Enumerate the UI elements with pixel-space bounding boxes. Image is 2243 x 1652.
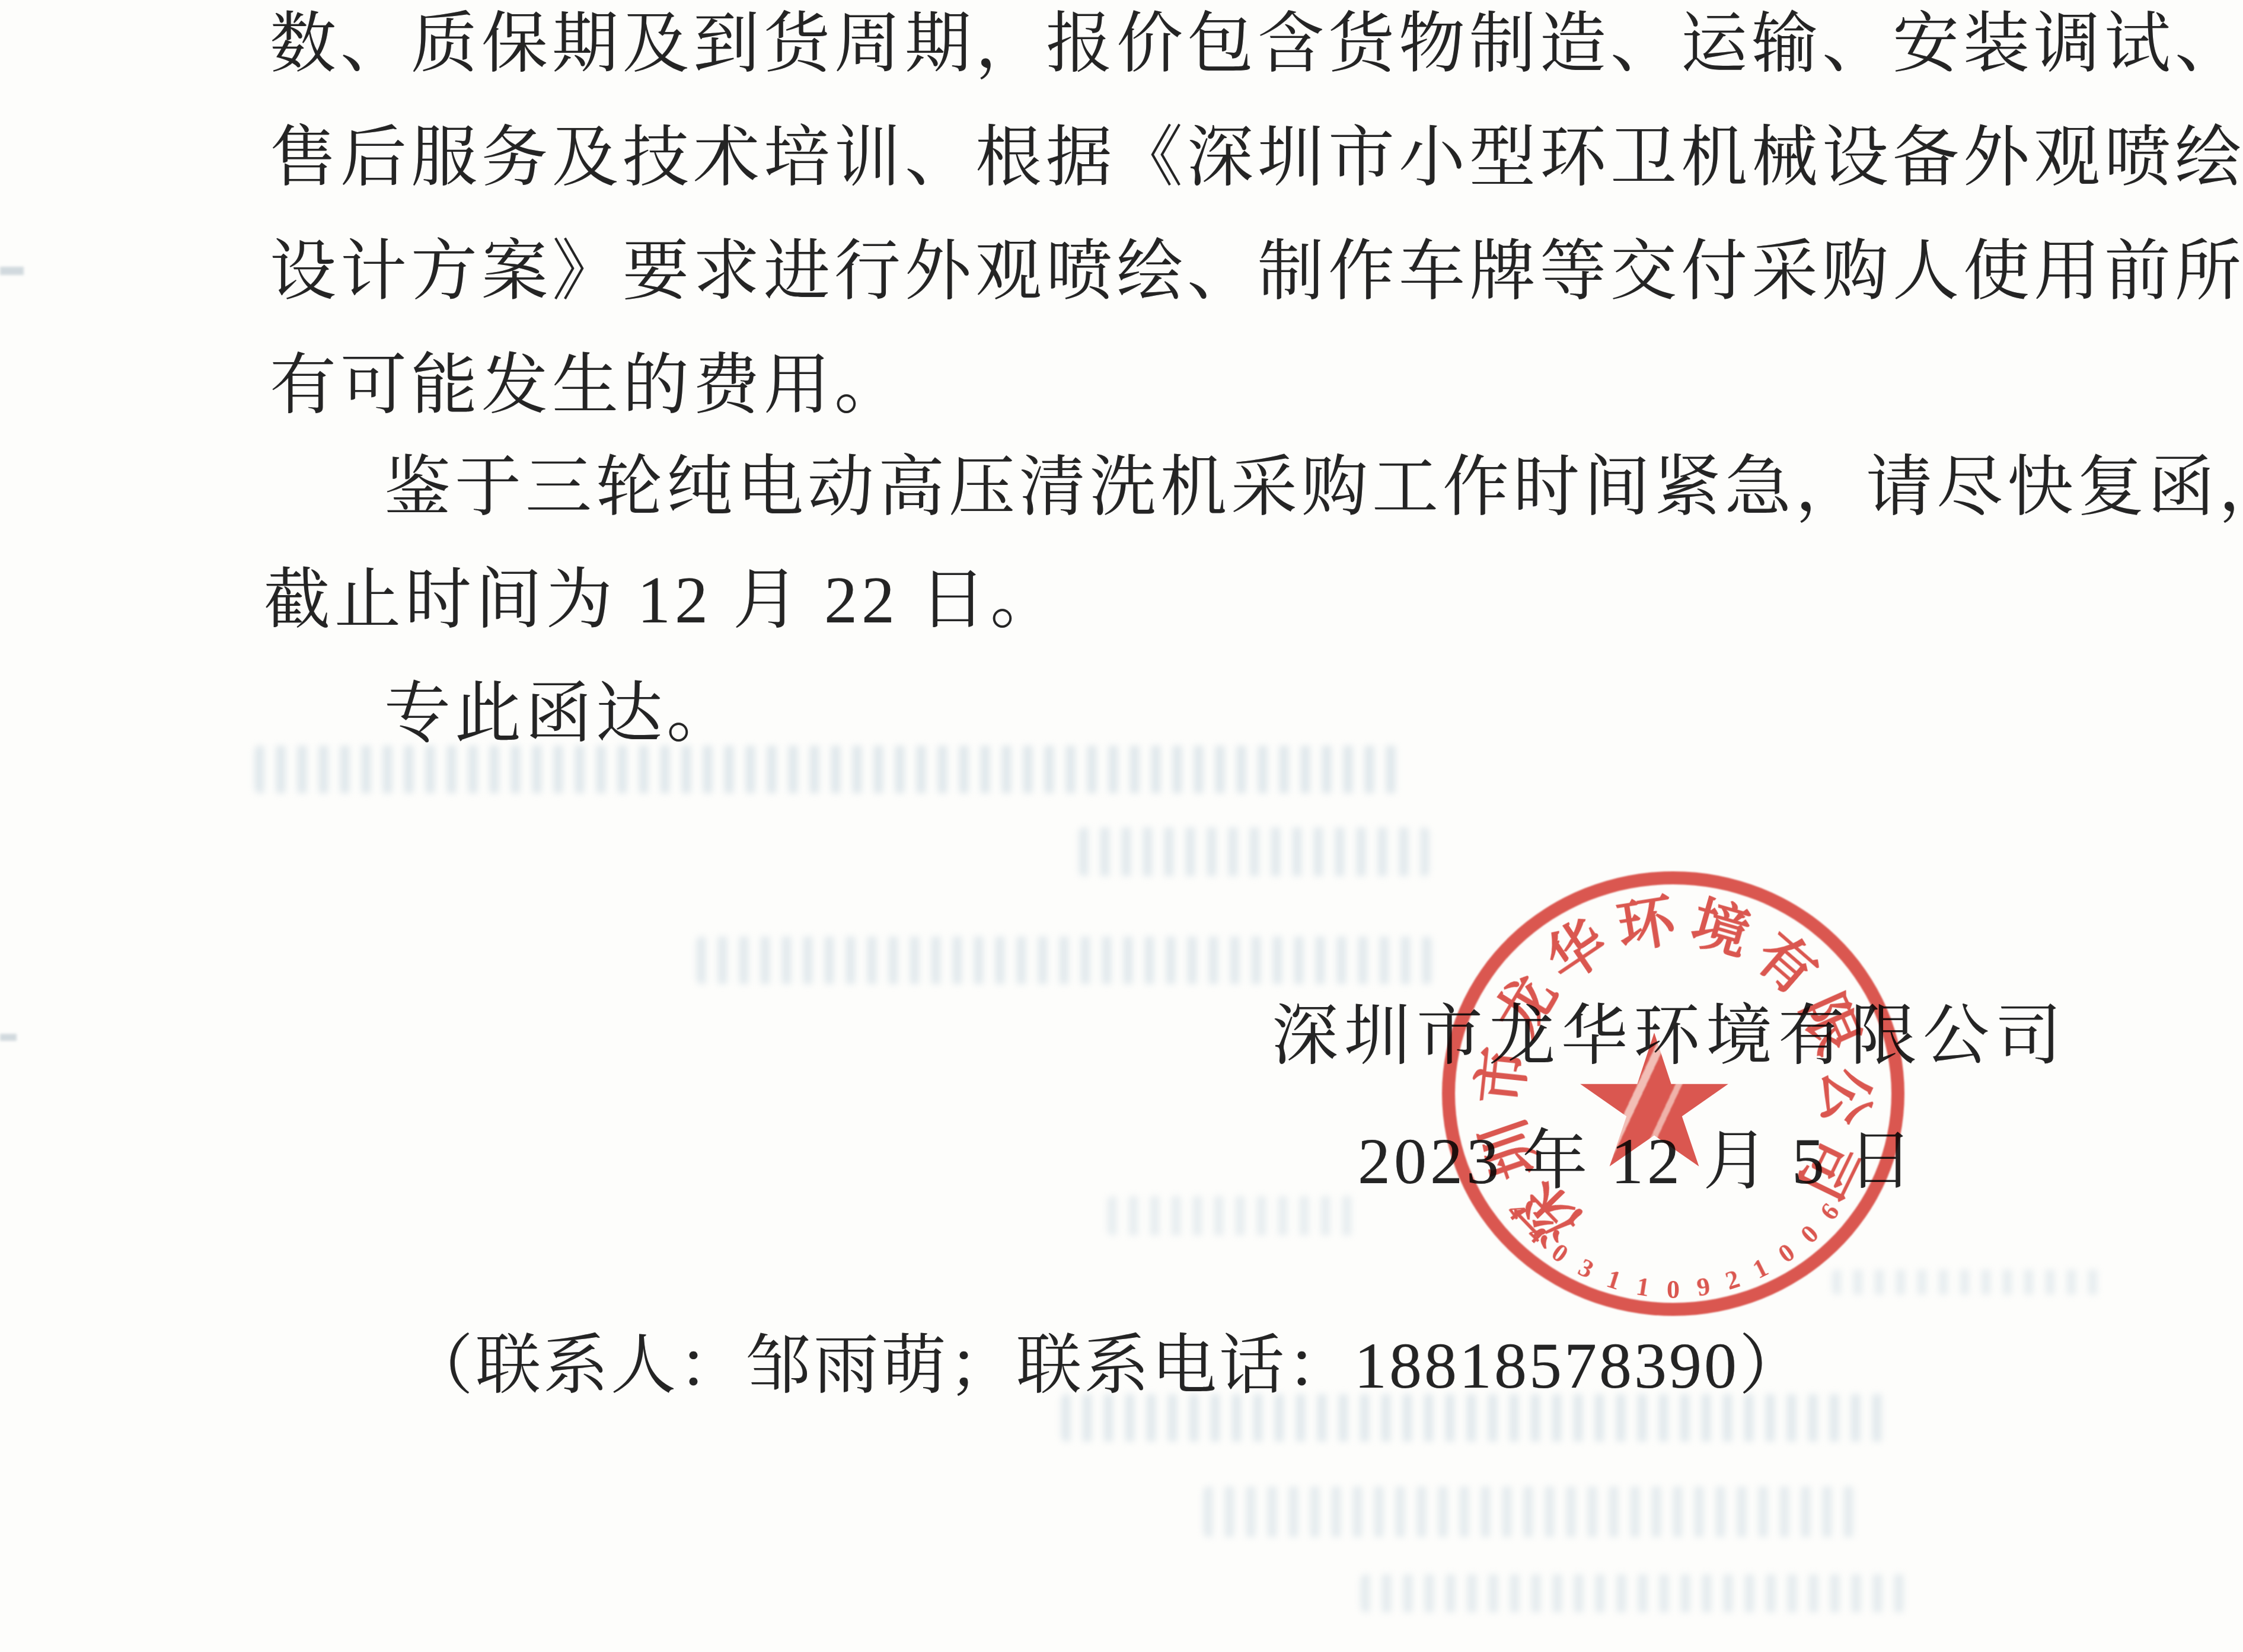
seal-serial-digit: 0 <box>1772 1237 1800 1269</box>
body-line-6: 截止时间为 12 月 22 日。 <box>264 561 1061 640</box>
seal-serial-digit: 0 <box>1794 1219 1824 1250</box>
seal-ring-char: 华 <box>1528 897 1620 996</box>
bleedthrough-mark <box>697 937 1432 984</box>
scan-edge-artifact <box>0 1034 17 1041</box>
body-line-7: 专此函达。 <box>384 675 737 754</box>
seal-serial-digit: 4 <box>1501 1197 1533 1225</box>
body-line-2: 售后服务及技术培训、根据《深圳市小型环卫机械设备外观喷绘 <box>270 119 2243 198</box>
seal-ring-char: 环 <box>1611 874 1680 963</box>
seal-serial-digit: 3 <box>1574 1252 1599 1285</box>
seal-ring-char: 境 <box>1683 877 1760 970</box>
body-line-3: 设计方案》要求进行外观喷绘、制作车牌等交付采购人使用前所 <box>270 232 2243 312</box>
seal-serial-digit: 4 <box>1521 1219 1552 1250</box>
seal-ring-char: 有 <box>1741 911 1837 1009</box>
body-line-1: 数、质保期及到货周期，报价包含货物制造、运输、安装调试、 <box>270 5 2243 84</box>
seal-serial-digit: 0 <box>1546 1237 1574 1269</box>
scanned-letter-page: 数、质保期及到货周期，报价包含货物制造、运输、安装调试、 售后服务及技术培训、根… <box>0 0 2243 1652</box>
bleedthrough-mark <box>1204 1487 1865 1537</box>
seal-serial-digit: 2 <box>1722 1264 1743 1296</box>
bleedthrough-mark <box>1361 1574 1906 1612</box>
bleedthrough-mark <box>1832 1270 2108 1295</box>
seal-serial-digit: 1 <box>1748 1252 1773 1285</box>
signature-date: 2023 年 12 月 5 日 <box>1358 1122 1917 1200</box>
body-line-4: 有可能发生的费用。 <box>270 346 905 426</box>
scan-edge-artifact <box>0 267 24 275</box>
signature-company: 深圳市龙华环境有限公司 <box>1272 997 2067 1076</box>
bleedthrough-mark <box>1108 1196 1363 1235</box>
seal-serial-digit: 6 <box>1814 1197 1846 1225</box>
seal-serial-digit: 9 <box>1695 1271 1712 1303</box>
body-line-5: 鉴于三轮纯电动高压清洗机采购工作时间紧急，请尽快复函， <box>384 448 2243 528</box>
company-seal-stamp: 深圳市龙华环境有限公司 4403110921006 <box>1442 871 1904 1316</box>
seal-serial-digit: 1 <box>1603 1264 1625 1296</box>
seal-serial-digit: 0 <box>1667 1274 1680 1305</box>
bleedthrough-mark <box>1079 827 1429 876</box>
seal-serial-digit: 1 <box>1635 1271 1652 1303</box>
contact-line: （联系人：邹雨萌；联系电话：18818578390） <box>408 1327 1807 1405</box>
seal-ring <box>1442 871 1904 1316</box>
